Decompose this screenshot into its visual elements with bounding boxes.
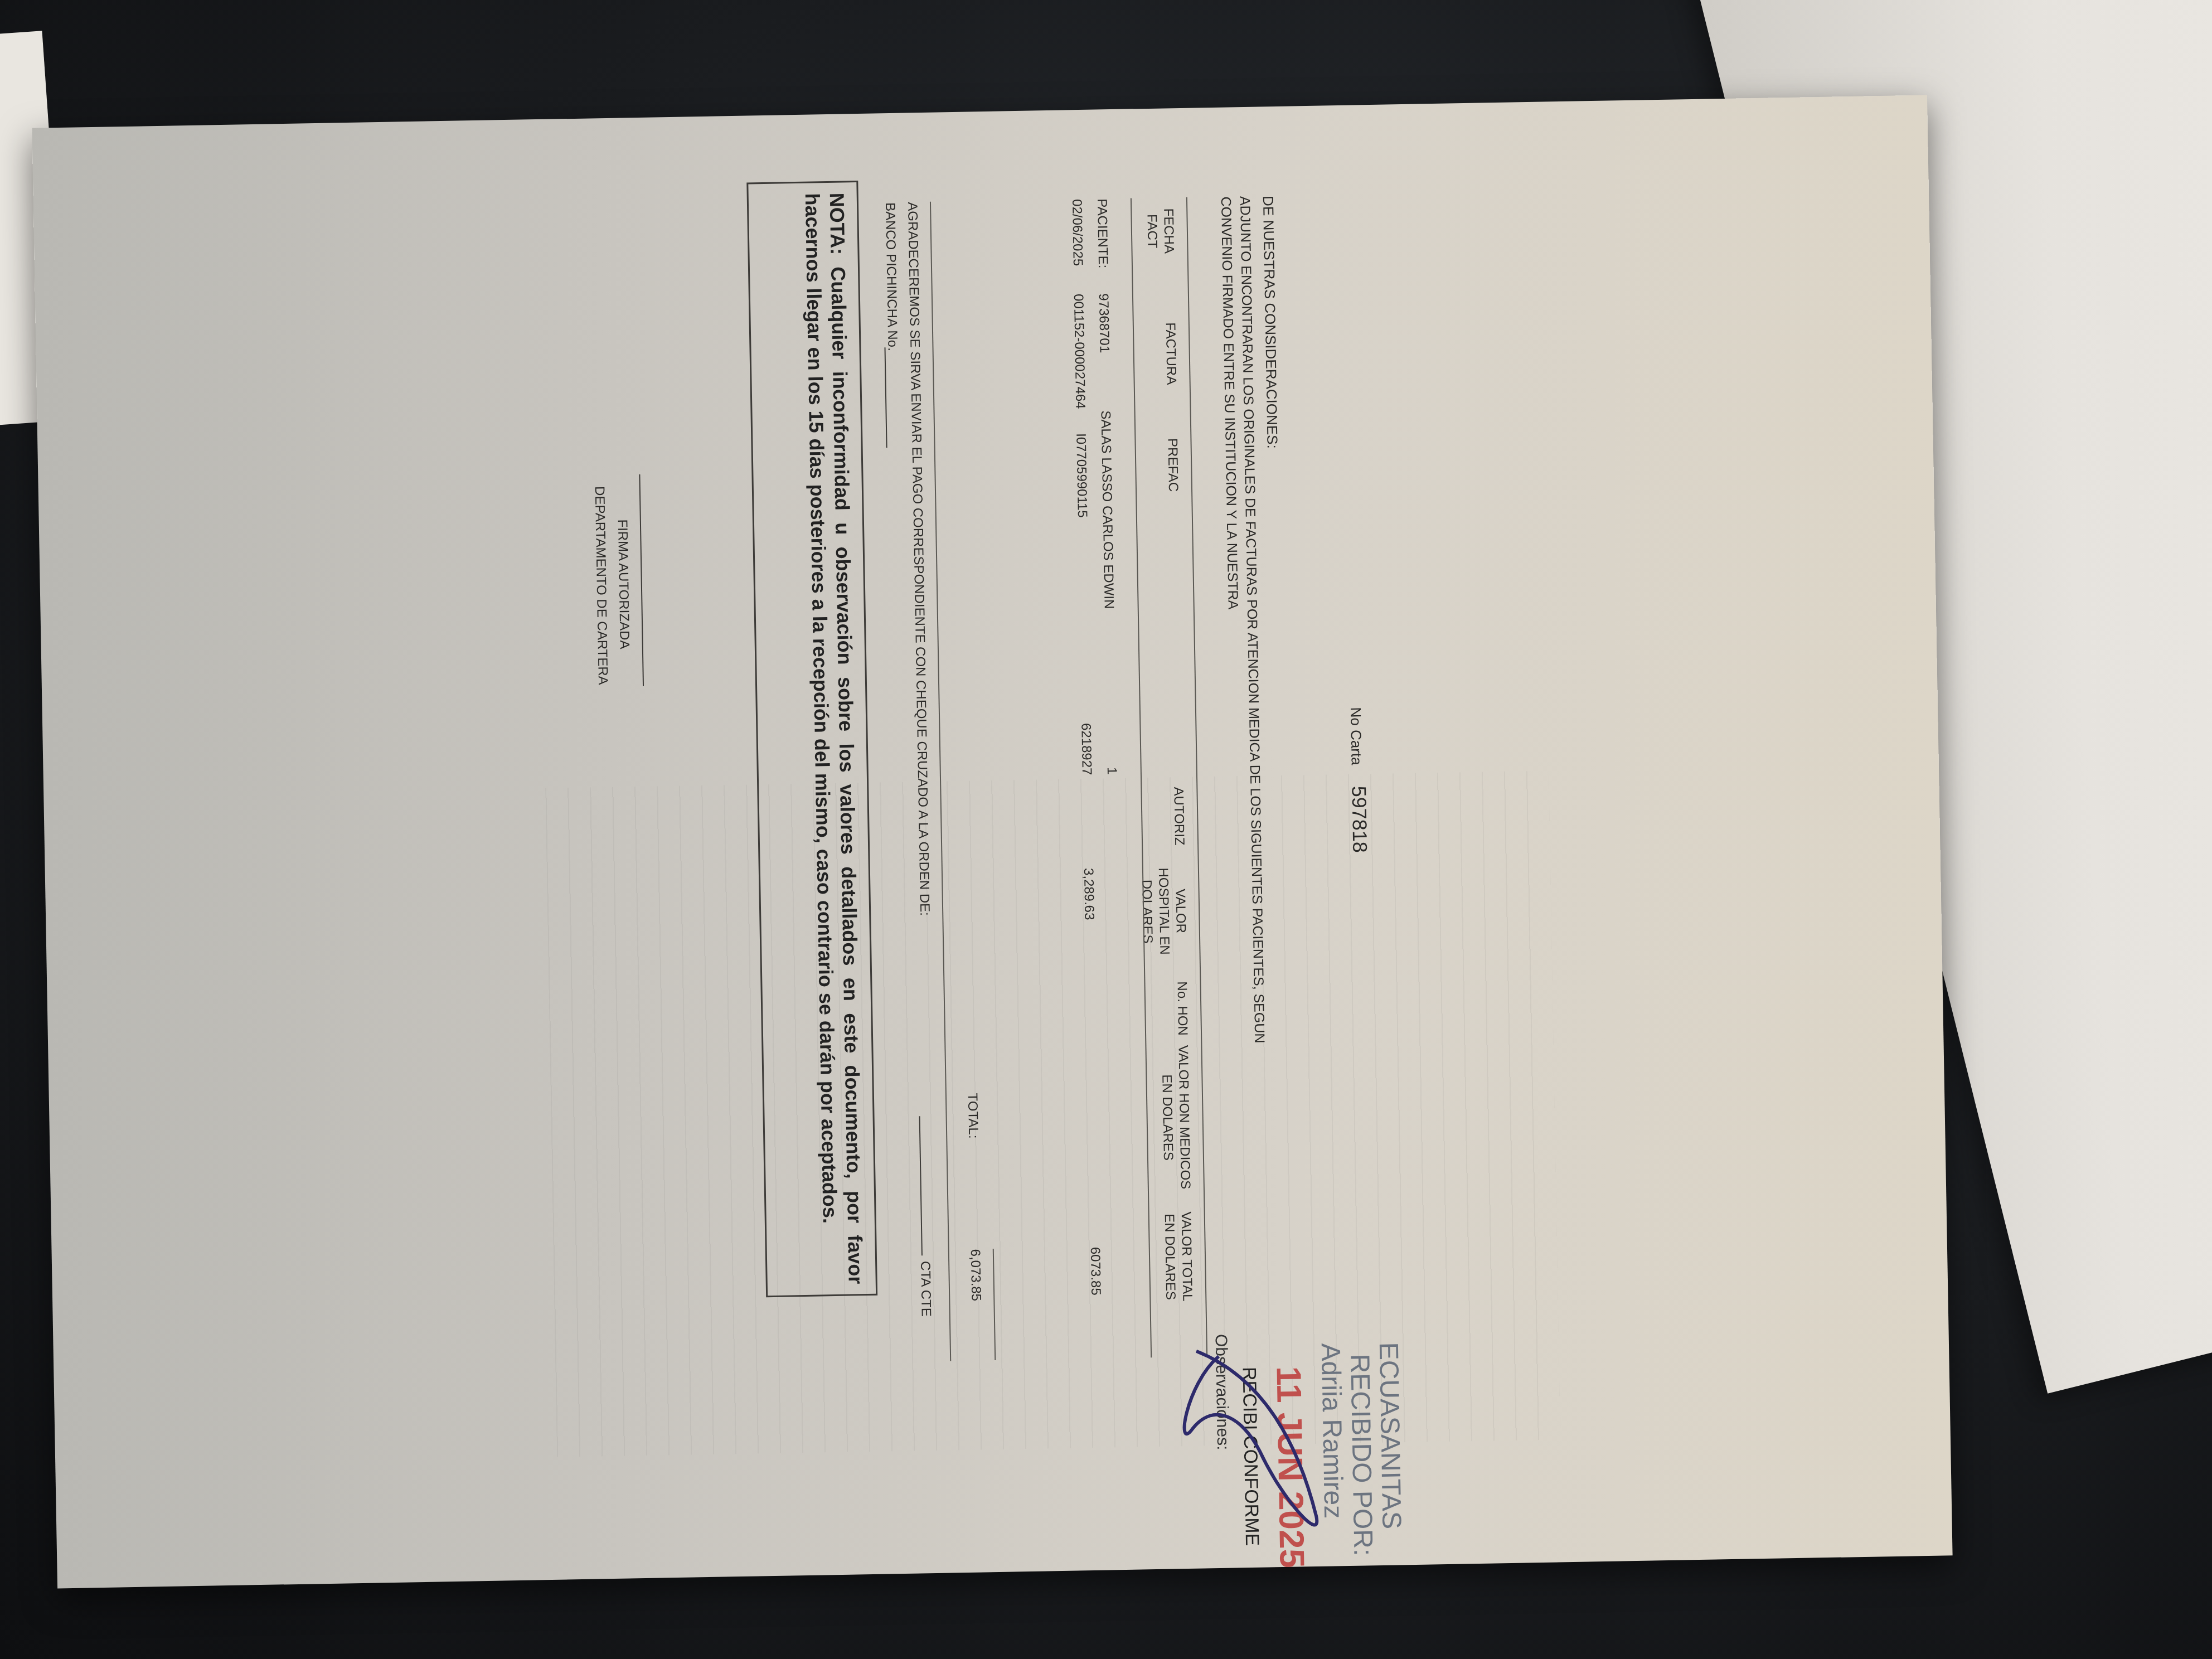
- total-divider: [993, 1249, 996, 1360]
- col-fecha-fact: FECHA FACT: [1143, 197, 1177, 265]
- cta-label: CTA CTE: [917, 1261, 934, 1317]
- carta-label: No Carta: [1347, 707, 1365, 765]
- divider: [930, 202, 951, 1361]
- patient-count: 1: [1104, 767, 1119, 775]
- total-label: TOTAL:: [964, 1093, 981, 1138]
- handwritten-signature-icon: [1162, 1332, 1333, 1569]
- cell-factura: 001152-000027464: [1070, 294, 1088, 409]
- stamp-company: ECUASANITAS: [1374, 1342, 1406, 1529]
- col-prefac: PREFAC: [1163, 431, 1181, 499]
- col-autoriz: AUTORIZ: [1170, 783, 1187, 850]
- department-label: DEPARTAMENTO DE CARTERA: [591, 486, 610, 685]
- patient-label: PACIENTE:: [1094, 198, 1110, 268]
- heading: DE NUESTRAS CONSIDERACIONES:: [1259, 196, 1281, 449]
- cell-autoriz: 6218927: [1078, 723, 1094, 775]
- document-page: No Carta 597818 DE NUESTRAS CONSIDERACIO…: [32, 95, 1952, 1589]
- bank-number-blank: [884, 347, 887, 448]
- payee-blank: [919, 1116, 923, 1255]
- bank-line: BANCO PICHINCHA No.: [882, 202, 900, 351]
- patient-id: 97368701: [1095, 293, 1112, 353]
- col-valor-total: VALOR TOTAL EN DOLARES: [1160, 1201, 1195, 1313]
- note-box: NOTA: Cualquier inconformidad u observac…: [746, 181, 877, 1297]
- signature-label: FIRMA AUTORIZADA: [614, 519, 632, 649]
- payment-instruction: AGRADECEREMOS SE SIRVA ENVIAR EL PAGO CO…: [904, 202, 932, 916]
- received-stamp: ECUASANITAS RECIBIDO POR: Adriia Ramirez…: [1068, 1331, 1418, 1571]
- carta-number: No Carta 597818: [1346, 707, 1372, 853]
- cell-prefac: I07705990115: [1073, 433, 1090, 518]
- col-valor-hospital: VALOR HOSPITAL EN DOLARES: [1137, 855, 1189, 968]
- col-valor-hon-medicos: VALOR HON MEDICOS EN DOLARES: [1157, 1045, 1194, 1190]
- col-no-hon: No. HON: [1173, 978, 1191, 1040]
- patient-name: SALAS LASSO CARLOS EDWIN: [1098, 410, 1117, 609]
- divider: [1131, 198, 1152, 1357]
- cell-valor-hospital: 3,289.63: [1080, 868, 1097, 920]
- cell-fecha-fact: 02/06/2025: [1069, 199, 1085, 266]
- signature-line: [639, 474, 644, 686]
- cell-valor-total: 6073.85: [1087, 1247, 1104, 1296]
- stamp-received-by: RECIBIDO POR:: [1345, 1354, 1377, 1556]
- total-value: 6,073.85: [967, 1249, 984, 1301]
- col-factura: FACTURA: [1162, 320, 1180, 387]
- carta-value: 597818: [1347, 785, 1371, 853]
